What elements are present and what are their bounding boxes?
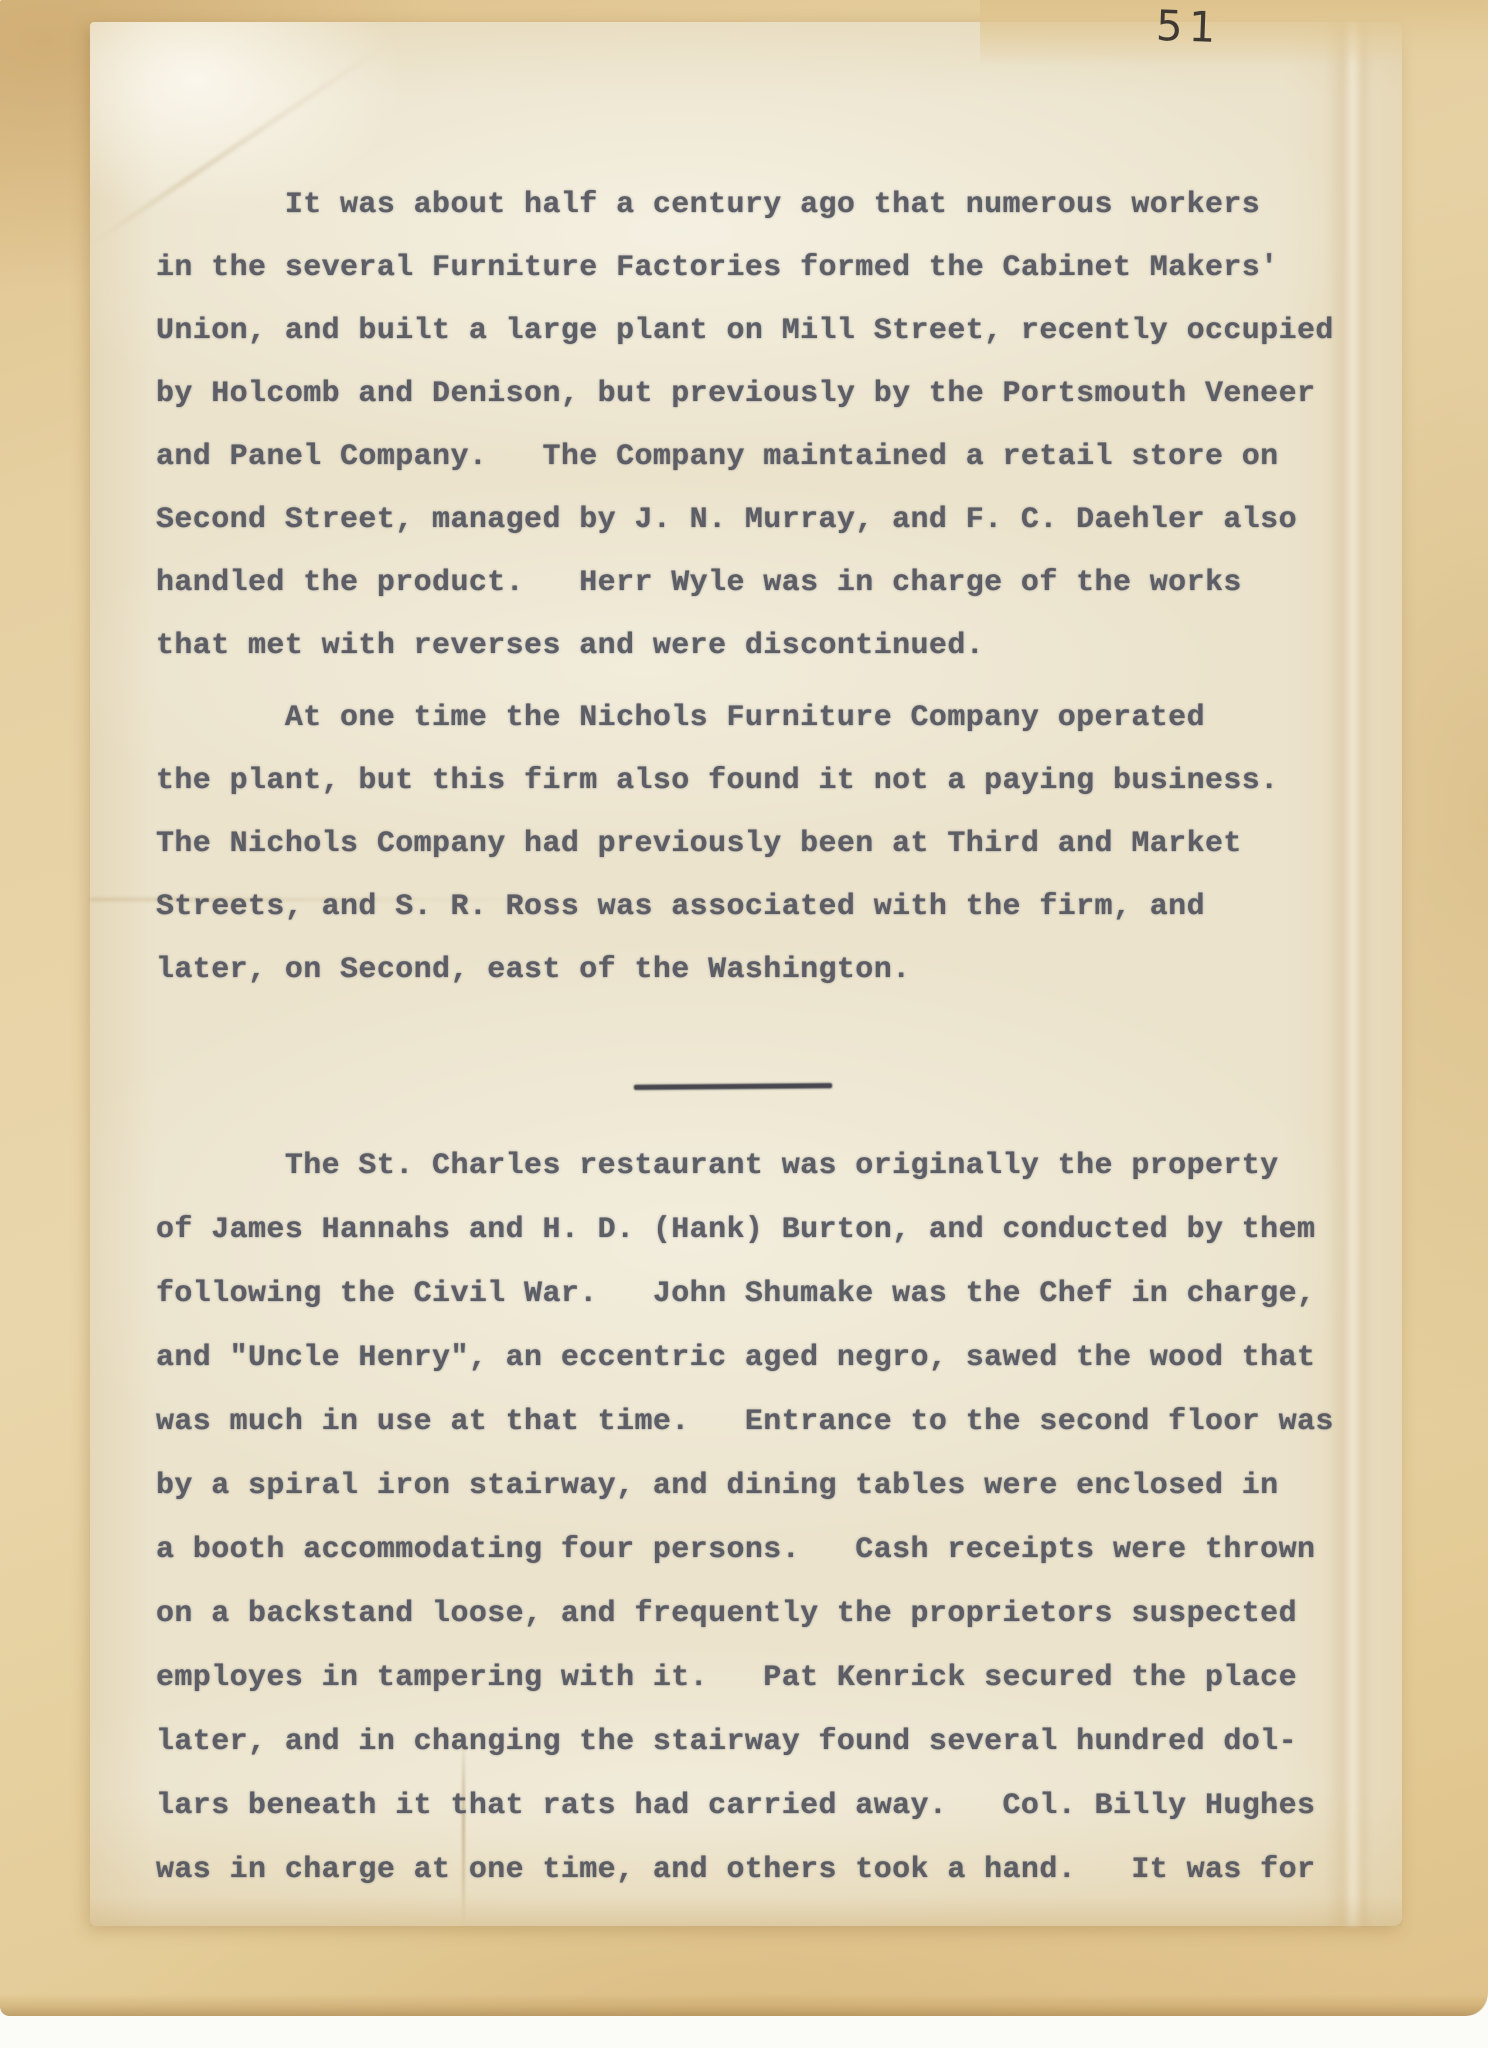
text-line: employes in tampering with it. Pat Kenri…	[156, 1646, 1334, 1710]
text-line: and Panel Company. The Company maintaine…	[156, 426, 1334, 489]
text-line: of James Hannahs and H. D. (Hank) Burton…	[156, 1198, 1334, 1262]
paragraph-furniture-union: It was about half a century ago that num…	[156, 174, 1334, 678]
text-line: and "Uncle Henry", an eccentric aged neg…	[156, 1326, 1334, 1390]
text-line: that met with reverses and were disconti…	[156, 615, 1334, 678]
text-line: following the Civil War. John Shumake wa…	[156, 1262, 1334, 1326]
paragraph-nichols-company: At one time the Nichols Furniture Compan…	[156, 687, 1279, 1002]
text-line: the plant, but this firm also found it n…	[156, 750, 1279, 813]
text-line: on a backstand loose, and frequently the…	[156, 1582, 1334, 1646]
text-line: by Holcomb and Denison, but previously b…	[156, 363, 1334, 426]
text-line: The St. Charles restaurant was originall…	[156, 1134, 1334, 1198]
section-divider-rule	[634, 1083, 832, 1090]
text-line: a booth accommodating four persons. Cash…	[156, 1518, 1334, 1582]
text-line: was much in use at that time. Entrance t…	[156, 1390, 1334, 1454]
text-line: At one time the Nichols Furniture Compan…	[156, 687, 1279, 750]
backing-edge-strip	[980, 0, 1488, 66]
text-line: by a spiral iron stairway, and dining ta…	[156, 1454, 1334, 1518]
text-line: It was about half a century ago that num…	[156, 174, 1334, 237]
text-line: Union, and built a large plant on Mill S…	[156, 300, 1334, 363]
text-line: later, and in changing the stairway foun…	[156, 1710, 1334, 1774]
text-line: was in charge at one time, and others to…	[156, 1838, 1334, 1902]
text-line: in the several Furniture Factories forme…	[156, 237, 1334, 300]
typed-sheet: It was about half a century ago that num…	[90, 22, 1402, 1926]
paragraph-st-charles: The St. Charles restaurant was originall…	[156, 1134, 1334, 1902]
scanned-document: { "document": { "page_number": "51", "co…	[0, 0, 1488, 2048]
text-line: Streets, and S. R. Ross was associated w…	[156, 876, 1279, 939]
text-line: handled the product. Herr Wyle was in ch…	[156, 552, 1334, 615]
text-line: later, on Second, east of the Washington…	[156, 939, 1279, 1002]
handwritten-page-number: 51	[1155, 1, 1222, 52]
text-line: The Nichols Company had previously been …	[156, 813, 1279, 876]
text-line: Second Street, managed by J. N. Murray, …	[156, 489, 1334, 552]
text-line: lars beneath it that rats had carried aw…	[156, 1774, 1334, 1838]
